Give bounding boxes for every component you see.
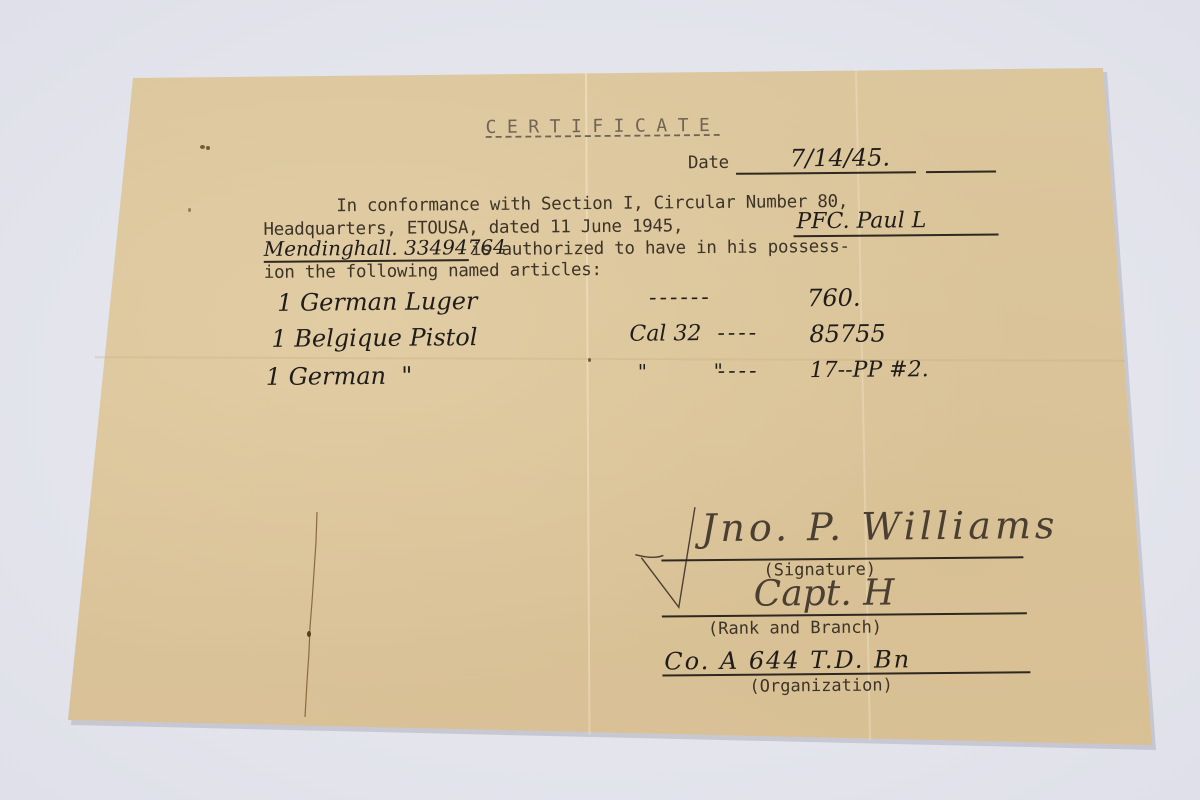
article-row: 1 German " " " ---- 17--PP #2.	[0, 0, 1196, 5]
article-dashes: ----	[717, 323, 759, 345]
document-title: CERTIFICATE	[486, 115, 721, 138]
article-row: 1 German Luger ------ 760.	[0, 0, 1196, 5]
body-line-1: In conformance with Section I, Circular …	[336, 194, 848, 216]
signature-block: Jno. P. Williams (Signature) Capt. H (Ra…	[0, 0, 1196, 5]
date-label: Date	[688, 155, 729, 173]
body-line-4: ion the following named articles:	[264, 262, 602, 282]
organization-value: Co. A 644 T.D. Bn	[664, 647, 911, 673]
body-line-3-suffix: is authorized to have in his possess-	[461, 239, 850, 260]
article-row: 1 Belgique Pistol Cal 32 ---- 85755	[0, 0, 1196, 5]
rank-line	[662, 612, 1027, 617]
rank-label: (Rank and Branch)	[708, 618, 882, 640]
article-dashes: ------	[649, 287, 712, 310]
article-item: 1 Belgique Pistol	[271, 325, 477, 351]
recipient-rank-name: PFC. Paul L	[796, 210, 926, 233]
article-item: 1 German "	[266, 364, 413, 389]
rank-value: Capt. H	[754, 575, 895, 612]
article-serial: 17--PP #2.	[810, 359, 929, 382]
organization-label: (Organization)	[749, 675, 892, 696]
articles-list: 1 German Luger ------ 760. 1 Belgique Pi…	[0, 0, 1196, 5]
date-value: 7/14/45.	[790, 145, 890, 170]
article-serial: 760.	[807, 286, 861, 310]
article-caliber: Cal 32	[629, 323, 701, 346]
article-item: 1 German Luger	[277, 289, 478, 315]
certificate-content: CERTIFICATE Date 7/14/45. In conformance…	[0, 0, 1200, 800]
article-dashes: ----	[718, 361, 760, 383]
photo-scene: CERTIFICATE Date 7/14/45. In conformance…	[0, 0, 1200, 800]
date-underline-extra	[926, 171, 996, 173]
signature-value: Jno. P. Williams	[701, 506, 1059, 547]
article-serial: 85755	[809, 322, 886, 347]
